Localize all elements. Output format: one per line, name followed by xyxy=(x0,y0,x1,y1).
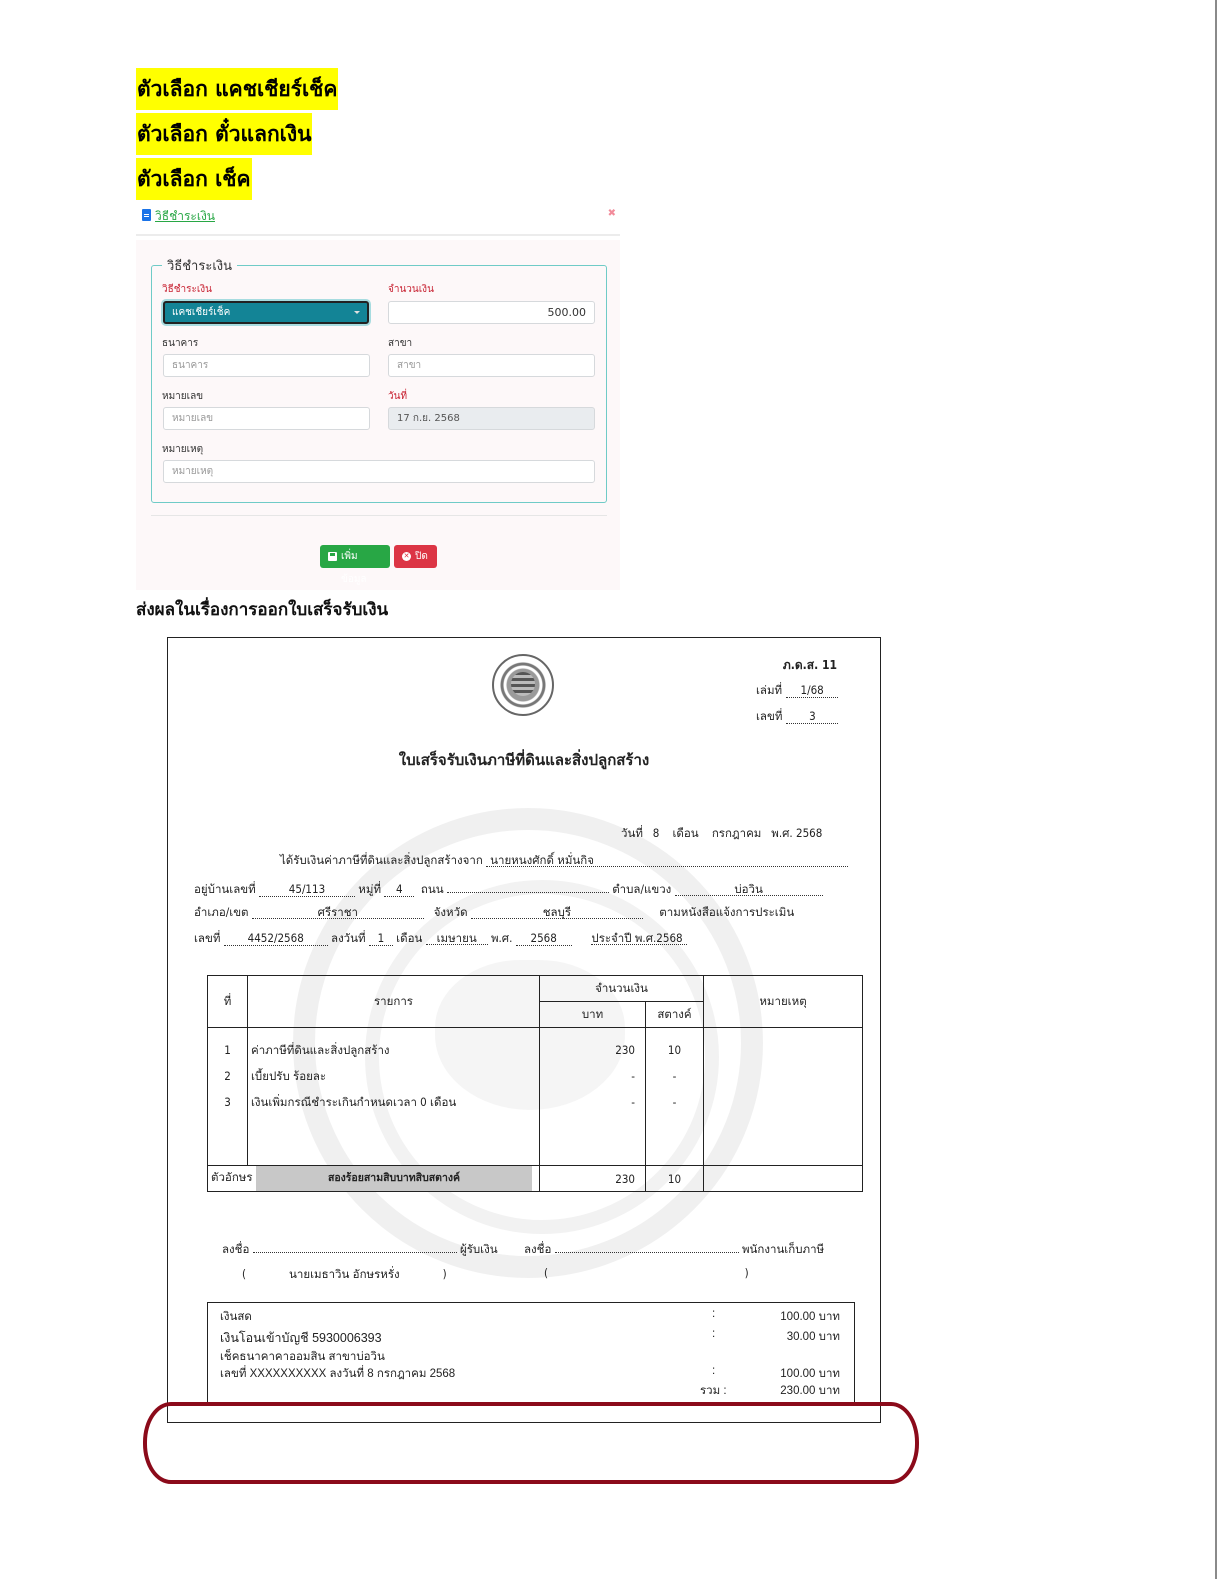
receiver-name-line: ( นายเมธาวิน อักษรหรั่ง ) xyxy=(242,1266,447,1284)
total-words: สองร้อยสามสิบบาทสิบสตางค์ xyxy=(256,1166,532,1191)
floppy-disk-icon xyxy=(328,552,337,561)
municipal-seal-logo xyxy=(492,654,554,716)
payment-label: เงินสด xyxy=(220,1311,252,1323)
total-words-label: ตัวอักษร xyxy=(208,1169,256,1187)
book-value: 1/68 xyxy=(786,683,838,698)
amount-input[interactable]: 500.00 xyxy=(388,301,595,324)
receiver-role: ผู้รับเงิน xyxy=(460,1242,498,1256)
row-desc: เงินเพิ่มกรณีชำระเกินกำหนดเวลา 0 เดือน xyxy=(251,1092,539,1118)
total-words-cell: ตัวอักษรสองร้อยสามสิบบาทสิบสตางค์ xyxy=(208,1166,540,1192)
row-no: 3 xyxy=(208,1092,247,1118)
payment-colon: : xyxy=(712,1308,715,1320)
month-value: กรกฎาคม xyxy=(712,826,762,840)
payment-breakdown: เงินสด : 100.00 บาท เงินโอนเข้าบัญชี 593… xyxy=(207,1302,855,1404)
item-satang: 10 - - xyxy=(646,1028,704,1166)
row-desc: ค่าภาษีที่ดินและสิ่งปลูกสร้าง xyxy=(251,1040,539,1066)
month-label: เดือน xyxy=(673,826,699,840)
book-number: เล่มที่1/68 xyxy=(756,682,838,700)
payment-method-select[interactable]: แคชเชียร์เช็ค xyxy=(163,301,369,324)
receiver-name: นายเมธาวิน อักษรหรั่ง xyxy=(249,1266,439,1284)
notice-year-value: 2568 xyxy=(516,931,572,946)
payer-name: นายหนงศักดิ์ หมั่นกิจ xyxy=(486,852,848,867)
number-value: 3 xyxy=(786,709,838,724)
item-descriptions: ค่าภาษีที่ดินและสิ่งปลูกสร้าง เบี้ยปรับ … xyxy=(248,1028,540,1166)
house-no-value: 45/113 xyxy=(259,882,355,897)
modal-body: วิธีชำระเงิน วิธีชำระเงิน แคชเชียร์เช็ค … xyxy=(136,240,620,590)
note-label: หมายเหตุ xyxy=(162,442,203,457)
received-from-line: ได้รับเงินค่าภาษีที่ดินและสิ่งปลูกสร้างจ… xyxy=(280,852,848,870)
heading-option-cashier-cheque: ตัวเลือก แคชเชียร์เช็ค xyxy=(136,68,338,110)
number-label: เลขที่ xyxy=(756,709,782,723)
province-label: จังหวัด xyxy=(434,905,468,919)
receipt-title: ใบเสร็จรับเงินภาษีที่ดินและสิ่งปลูกสร้าง xyxy=(168,748,880,772)
address-line-1: อยู่บ้านเลขที่ 45/113 หมู่ที่ 4 ถนน ตำบล… xyxy=(194,878,823,899)
subdistrict-label: ตำบล/แขวง xyxy=(612,882,671,896)
payment-total-label: รวม : xyxy=(700,1382,727,1400)
payment-method-modal: วิธีชำระเงิน ✖ วิธีชำระเงิน วิธีชำระเงิน… xyxy=(136,200,620,590)
day-value: 8 xyxy=(653,826,660,840)
branch-input[interactable]: สาขา xyxy=(388,354,595,377)
total-satang: 10 xyxy=(646,1166,704,1192)
collector-role: พนักงานเก็บภาษี xyxy=(742,1242,824,1256)
payment-method-value: แคชเชียร์เช็ค xyxy=(172,307,230,318)
circle-x-icon: ✕ xyxy=(402,552,411,561)
number-label: หมายเลข xyxy=(162,389,203,404)
col-satang: สตางค์ xyxy=(646,1002,704,1028)
fieldset-legend: วิธีชำระเงิน xyxy=(162,255,237,276)
subdistrict-value: บ่อวิน xyxy=(675,881,823,896)
modal-divider xyxy=(151,515,607,516)
received-from-label: ได้รับเงินค่าภาษีที่ดินและสิ่งปลูกสร้างจ… xyxy=(280,853,483,867)
save-button[interactable]: เพิ่มข้อมูล xyxy=(320,545,390,568)
notice-dated-label: ลงวันที่ xyxy=(331,931,366,945)
payment-amount: 30.00 บาท xyxy=(787,1328,840,1346)
heading-option-draft: ตัวเลือก ตั๋วแลกเงิน xyxy=(136,113,312,155)
total-remark xyxy=(704,1166,863,1192)
total-baht: 230 xyxy=(540,1166,646,1192)
amount-label: จำนวนเงิน xyxy=(388,282,434,297)
close-paren: ) xyxy=(443,1267,447,1281)
row-satang: - xyxy=(646,1092,703,1118)
total-row: ตัวอักษรสองร้อยสามสิบบาทสิบสตางค์ 230 10 xyxy=(208,1166,863,1192)
receipt-date: วันที่ 8 เดือน กรกฎาคม พ.ศ. 2568 xyxy=(621,825,822,843)
fiscal-year: ประจำปี พ.ศ.2568 xyxy=(591,930,687,945)
open-paren: ( xyxy=(242,1267,246,1281)
receipt-number: เลขที่3 xyxy=(756,708,838,726)
document-icon xyxy=(142,209,151,221)
col-no: ที่ xyxy=(208,976,248,1028)
sign-label: ลงชื่อ xyxy=(222,1242,249,1256)
date-label: วันที่ xyxy=(388,389,407,404)
collector-signature-line xyxy=(555,1238,739,1253)
close-icon[interactable]: ✖ xyxy=(608,208,616,219)
table-body: 1 2 3 ค่าภาษีที่ดินและสิ่งปลูกสร้าง เบี้… xyxy=(208,1028,863,1166)
col-remark: หมายเหตุ xyxy=(704,976,863,1028)
close-button-label: ปิด xyxy=(415,551,428,562)
payment-row: เงินสด : 100.00 บาท xyxy=(220,1308,840,1326)
items-table: ที่ รายการ จำนวนเงิน หมายเหตุ บาท สตางค์… xyxy=(207,975,863,1192)
save-button-label: เพิ่มข้อมูล xyxy=(341,551,367,585)
payment-row: เงินโอนเข้าบัญชี 5930006393 : 30.00 บาท xyxy=(220,1328,840,1346)
payment-label: เช็คธนาคาคาออมสิน สาขาบ่อวิน xyxy=(220,1351,385,1363)
number-input[interactable]: หมายเลข xyxy=(163,407,370,430)
year-value: 2568 xyxy=(796,826,822,840)
sign-label: ลงชื่อ xyxy=(524,1242,551,1256)
receiver-signature: ลงชื่อ ผู้รับเงิน xyxy=(222,1238,498,1259)
item-numbers: 1 2 3 xyxy=(208,1028,248,1166)
row-baht: - xyxy=(540,1092,635,1118)
collector-signature: ลงชื่อ พนักงานเก็บภาษี xyxy=(524,1238,824,1259)
close-button[interactable]: ✕ ปิด xyxy=(394,545,437,568)
payment-colon: : xyxy=(712,1328,715,1340)
col-desc: รายการ xyxy=(248,976,540,1028)
row-satang: 10 xyxy=(646,1040,703,1066)
payment-total-amount: 230.00 บาท xyxy=(780,1382,840,1400)
open-paren: ( xyxy=(544,1266,548,1280)
row-baht: - xyxy=(540,1066,635,1092)
year-label: พ.ศ. xyxy=(771,826,792,840)
method-label: วิธีชำระเงิน xyxy=(162,282,212,297)
province-value: ชลบุรี xyxy=(471,904,643,919)
payment-row: เช็คธนาคาคาออมสิน สาขาบ่อวิน xyxy=(220,1348,840,1366)
book-label: เล่มที่ xyxy=(756,683,782,697)
payment-row: เลขที่ XXXXXXXXXX ลงวันที่ 8 กรกฎาคม 256… xyxy=(220,1365,840,1383)
row-no: 1 xyxy=(208,1040,247,1066)
modal-title: วิธีชำระเงิน xyxy=(155,207,215,226)
bank-label: ธนาคาร xyxy=(162,336,198,351)
district-label: อำเภอ/เขต xyxy=(194,905,249,919)
row-desc: เบี้ยปรับ ร้อยละ xyxy=(251,1066,539,1092)
payment-total-row: รวม : 230.00 บาท xyxy=(220,1382,840,1400)
tax-receipt: ภ.ด.ส. 11 เล่มที่1/68 เลขที่3 ใบเสร็จรับ… xyxy=(167,637,881,1423)
modal-header: วิธีชำระเงิน ✖ xyxy=(136,200,620,236)
payment-fieldset: วิธีชำระเงิน วิธีชำระเงิน แคชเชียร์เช็ค … xyxy=(151,265,607,503)
notice-label: ตามหนังสือแจ้งการประเมิน xyxy=(659,905,794,919)
day-label: วันที่ xyxy=(621,826,643,840)
col-amount: จำนวนเงิน xyxy=(540,976,704,1002)
date-input: 17 ก.ย. 2568 xyxy=(388,407,595,430)
payment-colon: : xyxy=(712,1365,715,1377)
payment-amount: 100.00 บาท xyxy=(780,1365,840,1383)
form-code: ภ.ด.ส. 11 xyxy=(783,656,837,675)
road-label: ถนน xyxy=(421,882,444,896)
road-value xyxy=(447,878,609,893)
notice-month-label: เดือน xyxy=(396,931,422,945)
item-remark xyxy=(704,1028,863,1166)
close-paren: ) xyxy=(745,1266,749,1280)
item-baht: 230 - - xyxy=(540,1028,646,1166)
notice-line: เลขที่ 4452/2568 ลงวันที่ 1 เดือน เมษายน… xyxy=(194,930,687,948)
moo-value: 4 xyxy=(384,882,414,897)
address-line-2: อำเภอ/เขต ศรีราชา จังหวัด ชลบุรี ตามหนัง… xyxy=(194,904,794,922)
branch-label: สาขา xyxy=(388,336,412,351)
bank-input[interactable]: ธนาคาร xyxy=(163,354,370,377)
collector-name-line: ( ) xyxy=(544,1266,749,1280)
moo-label: หมู่ที่ xyxy=(358,882,381,896)
payment-amount: 100.00 บาท xyxy=(780,1308,840,1326)
notice-no-value: 4452/2568 xyxy=(224,931,328,946)
note-input[interactable]: หมายเหตุ xyxy=(163,460,595,483)
heading-option-cheque: ตัวเลือก เช็ค xyxy=(136,158,252,200)
notice-year-label: พ.ศ. xyxy=(491,931,512,945)
notice-no-label: เลขที่ xyxy=(194,931,220,945)
house-no-label: อยู่บ้านเลขที่ xyxy=(194,882,256,896)
district-value: ศรีราชา xyxy=(252,904,424,919)
receipt-subheading: ส่งผลในเรื่องการออกใบเสร็จรับเงิน xyxy=(136,596,388,623)
notice-day-value: 1 xyxy=(369,931,393,946)
payment-label: เงินโอนเข้าบัญชี 5930006393 xyxy=(220,1331,382,1345)
notice-month-value: เมษายน xyxy=(426,930,488,945)
row-baht: 230 xyxy=(540,1040,635,1066)
chevron-down-icon xyxy=(354,311,360,314)
row-no: 2 xyxy=(208,1066,247,1092)
row-satang: - xyxy=(646,1066,703,1092)
col-baht: บาท xyxy=(540,1002,646,1028)
payment-label: เลขที่ XXXXXXXXXX ลงวันที่ 8 กรกฎาคม 256… xyxy=(220,1368,455,1380)
receiver-signature-line xyxy=(253,1238,457,1253)
